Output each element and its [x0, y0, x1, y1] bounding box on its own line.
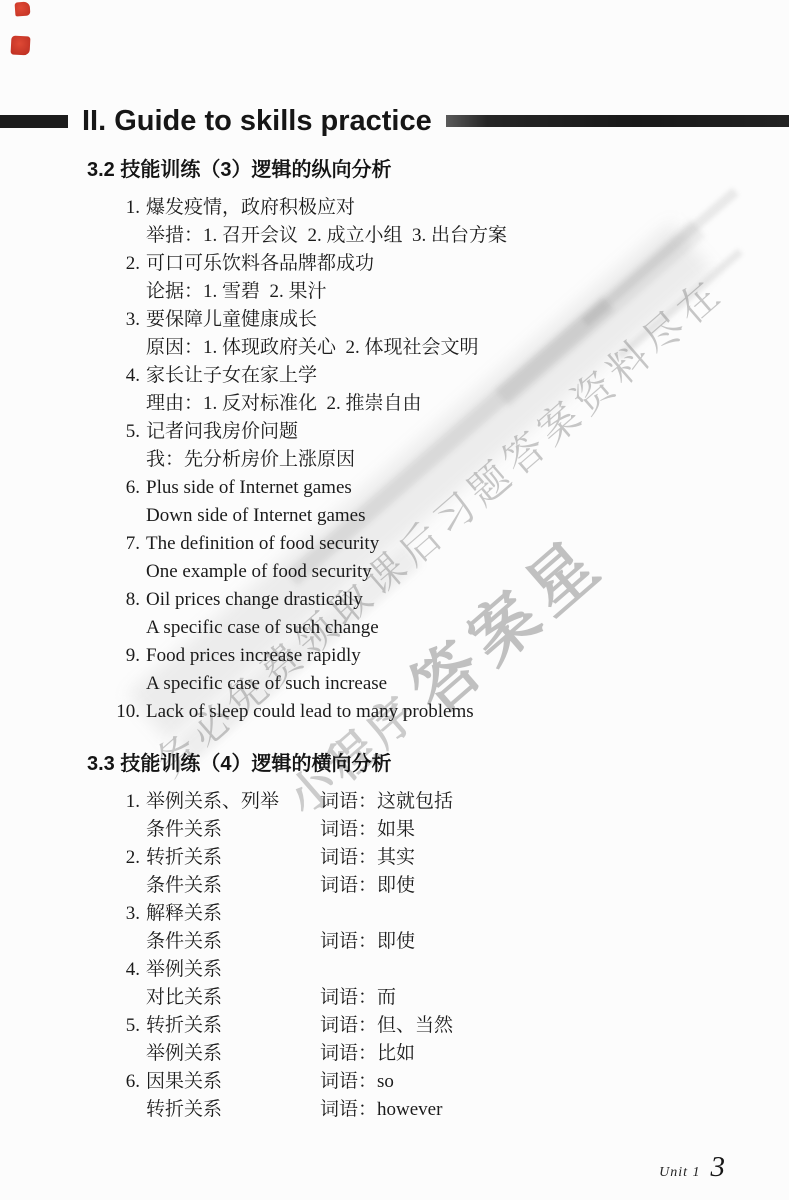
page-number: 3 [711, 1151, 726, 1184]
item-number: 2. [87, 250, 146, 278]
item-number: 4. [87, 362, 146, 390]
section-header: II. Guide to skills practice [0, 101, 789, 141]
table-row: 条件关系词语：即使 [87, 872, 747, 900]
item-text: 可口可乐饮料各品牌都成功 [146, 250, 374, 278]
row-number [87, 1096, 146, 1124]
item-subtext: 举措：1. 召开会议 2. 成立小组 3. 出台方案 [146, 222, 747, 250]
table-row: 对比关系词语：而 [87, 984, 747, 1012]
item-subtext: A specific case of such change [146, 614, 747, 642]
page-title: II. Guide to skills practice [82, 105, 432, 138]
list-item: 10.Lack of sleep could lead to many prob… [87, 698, 747, 726]
table-row: 2.转折关系词语：其实 [87, 844, 747, 872]
item-number: 10. [87, 698, 146, 726]
item-text: Lack of sleep could lead to many problem… [146, 698, 474, 726]
section-3-2-heading: 3.2 技能训练（3）逻辑的纵向分析 [87, 158, 747, 182]
item-text: Food prices increase rapidly [146, 642, 361, 670]
section-3-3-rows: 1.举例关系、列举词语：这就包括 条件关系词语：如果 2.转折关系词语：其实 条… [87, 788, 747, 1124]
table-row: 5.转折关系词语：但、当然 [87, 1012, 747, 1040]
section-3-2-items: 1.爆发疫情，政府积极应对 举措：1. 召开会议 2. 成立小组 3. 出台方案… [87, 194, 747, 726]
row-number: 6. [87, 1068, 146, 1096]
item-number: 7. [87, 530, 146, 558]
textbook-page: 务必免费领取课后习题答案资料尽在 答案星 小程序 II. Guide to sk… [0, 0, 789, 1200]
item-number: 1. [87, 194, 146, 222]
words-cell: 词语：however [320, 1096, 747, 1124]
words-cell: 词语：so [320, 1068, 747, 1096]
words-cell: 词语：如果 [320, 816, 747, 844]
item-number: 5. [87, 418, 146, 446]
list-item: 5.记者问我房价问题 我：先分析房价上涨原因 [87, 418, 747, 474]
table-row: 条件关系词语：即使 [87, 928, 747, 956]
item-text: 爆发疫情，政府积极应对 [146, 194, 355, 222]
table-row: 3.解释关系 [87, 900, 747, 928]
table-row: 6.因果关系词语：so [87, 1068, 747, 1096]
table-row: 条件关系词语：如果 [87, 816, 747, 844]
page-footer: Unit 1 3 [659, 1151, 725, 1184]
row-number [87, 816, 146, 844]
section-3-2: 3.2 技能训练（3）逻辑的纵向分析 1.爆发疫情，政府积极应对 举措：1. 召… [87, 158, 747, 726]
words-cell: 词语：但、当然 [320, 1012, 747, 1040]
relation-cell: 举例关系 [146, 956, 320, 984]
row-number [87, 1040, 146, 1068]
item-text: Oil prices change drastically [146, 586, 363, 614]
list-item: 4.家长让子女在家上学 理由：1. 反对标准化 2. 推崇自由 [87, 362, 747, 418]
relation-cell: 条件关系 [146, 816, 320, 844]
item-subtext: 原因：1. 体现政府关心 2. 体现社会文明 [146, 334, 747, 362]
words-cell: 词语：比如 [320, 1040, 747, 1068]
red-stamp-mark-bottom [11, 36, 31, 56]
list-item: 3.要保障儿童健康成长 原因：1. 体现政府关心 2. 体现社会文明 [87, 306, 747, 362]
item-subtext: A specific case of such increase [146, 670, 747, 698]
section-3-3: 3.3 技能训练（4）逻辑的横向分析 1.举例关系、列举词语：这就包括 条件关系… [87, 752, 747, 1124]
words-cell: 词语：而 [320, 984, 747, 1012]
words-cell: 词语：其实 [320, 844, 747, 872]
list-item: 2.可口可乐饮料各品牌都成功 论据：1. 雪碧 2. 果汁 [87, 250, 747, 306]
list-item: 6.Plus side of Internet games Down side … [87, 474, 747, 530]
list-item: 1.爆发疫情，政府积极应对 举措：1. 召开会议 2. 成立小组 3. 出台方案 [87, 194, 747, 250]
item-subtext: 我：先分析房价上涨原因 [146, 446, 747, 474]
item-subtext: Down side of Internet games [146, 502, 747, 530]
row-number: 5. [87, 1012, 146, 1040]
item-number: 3. [87, 306, 146, 334]
row-number [87, 928, 146, 956]
relation-cell: 转折关系 [146, 1096, 320, 1124]
relation-cell: 举例关系、列举 [146, 788, 320, 816]
relation-cell: 举例关系 [146, 1040, 320, 1068]
list-item: 9.Food prices increase rapidly A specifi… [87, 642, 747, 698]
relation-cell: 对比关系 [146, 984, 320, 1012]
item-number: 8. [87, 586, 146, 614]
row-number: 3. [87, 900, 146, 928]
header-rule-right [446, 115, 789, 127]
item-text: 家长让子女在家上学 [146, 362, 317, 390]
relation-cell: 转折关系 [146, 1012, 320, 1040]
table-row: 转折关系词语：however [87, 1096, 747, 1124]
item-number: 6. [87, 474, 146, 502]
table-row: 4.举例关系 [87, 956, 747, 984]
unit-label: Unit 1 [659, 1165, 700, 1181]
item-subtext: 论据：1. 雪碧 2. 果汁 [146, 278, 747, 306]
words-cell: 词语：即使 [320, 928, 747, 956]
words-cell: 词语：即使 [320, 872, 747, 900]
item-subtext: One example of food security [146, 558, 747, 586]
words-cell: 词语：这就包括 [320, 788, 747, 816]
item-text: 记者问我房价问题 [146, 418, 298, 446]
item-number: 9. [87, 642, 146, 670]
words-cell [320, 900, 747, 928]
relation-cell: 转折关系 [146, 844, 320, 872]
table-row: 举例关系词语：比如 [87, 1040, 747, 1068]
row-number [87, 984, 146, 1012]
item-text: The definition of food security [146, 530, 379, 558]
list-item: 7.The definition of food security One ex… [87, 530, 747, 586]
words-cell [320, 956, 747, 984]
section-3-3-heading: 3.3 技能训练（4）逻辑的横向分析 [87, 752, 747, 776]
red-stamp-mark-top [15, 1, 31, 16]
relation-cell: 条件关系 [146, 928, 320, 956]
row-number: 1. [87, 788, 146, 816]
item-text: 要保障儿童健康成长 [146, 306, 317, 334]
item-subtext: 理由：1. 反对标准化 2. 推崇自由 [146, 390, 747, 418]
row-number: 2. [87, 844, 146, 872]
row-number: 4. [87, 956, 146, 984]
list-item: 8.Oil prices change drastically A specif… [87, 586, 747, 642]
relation-cell: 解释关系 [146, 900, 320, 928]
table-row: 1.举例关系、列举词语：这就包括 [87, 788, 747, 816]
item-text: Plus side of Internet games [146, 474, 352, 502]
relation-cell: 因果关系 [146, 1068, 320, 1096]
relation-cell: 条件关系 [146, 872, 320, 900]
header-rule-left [0, 115, 68, 128]
row-number [87, 872, 146, 900]
